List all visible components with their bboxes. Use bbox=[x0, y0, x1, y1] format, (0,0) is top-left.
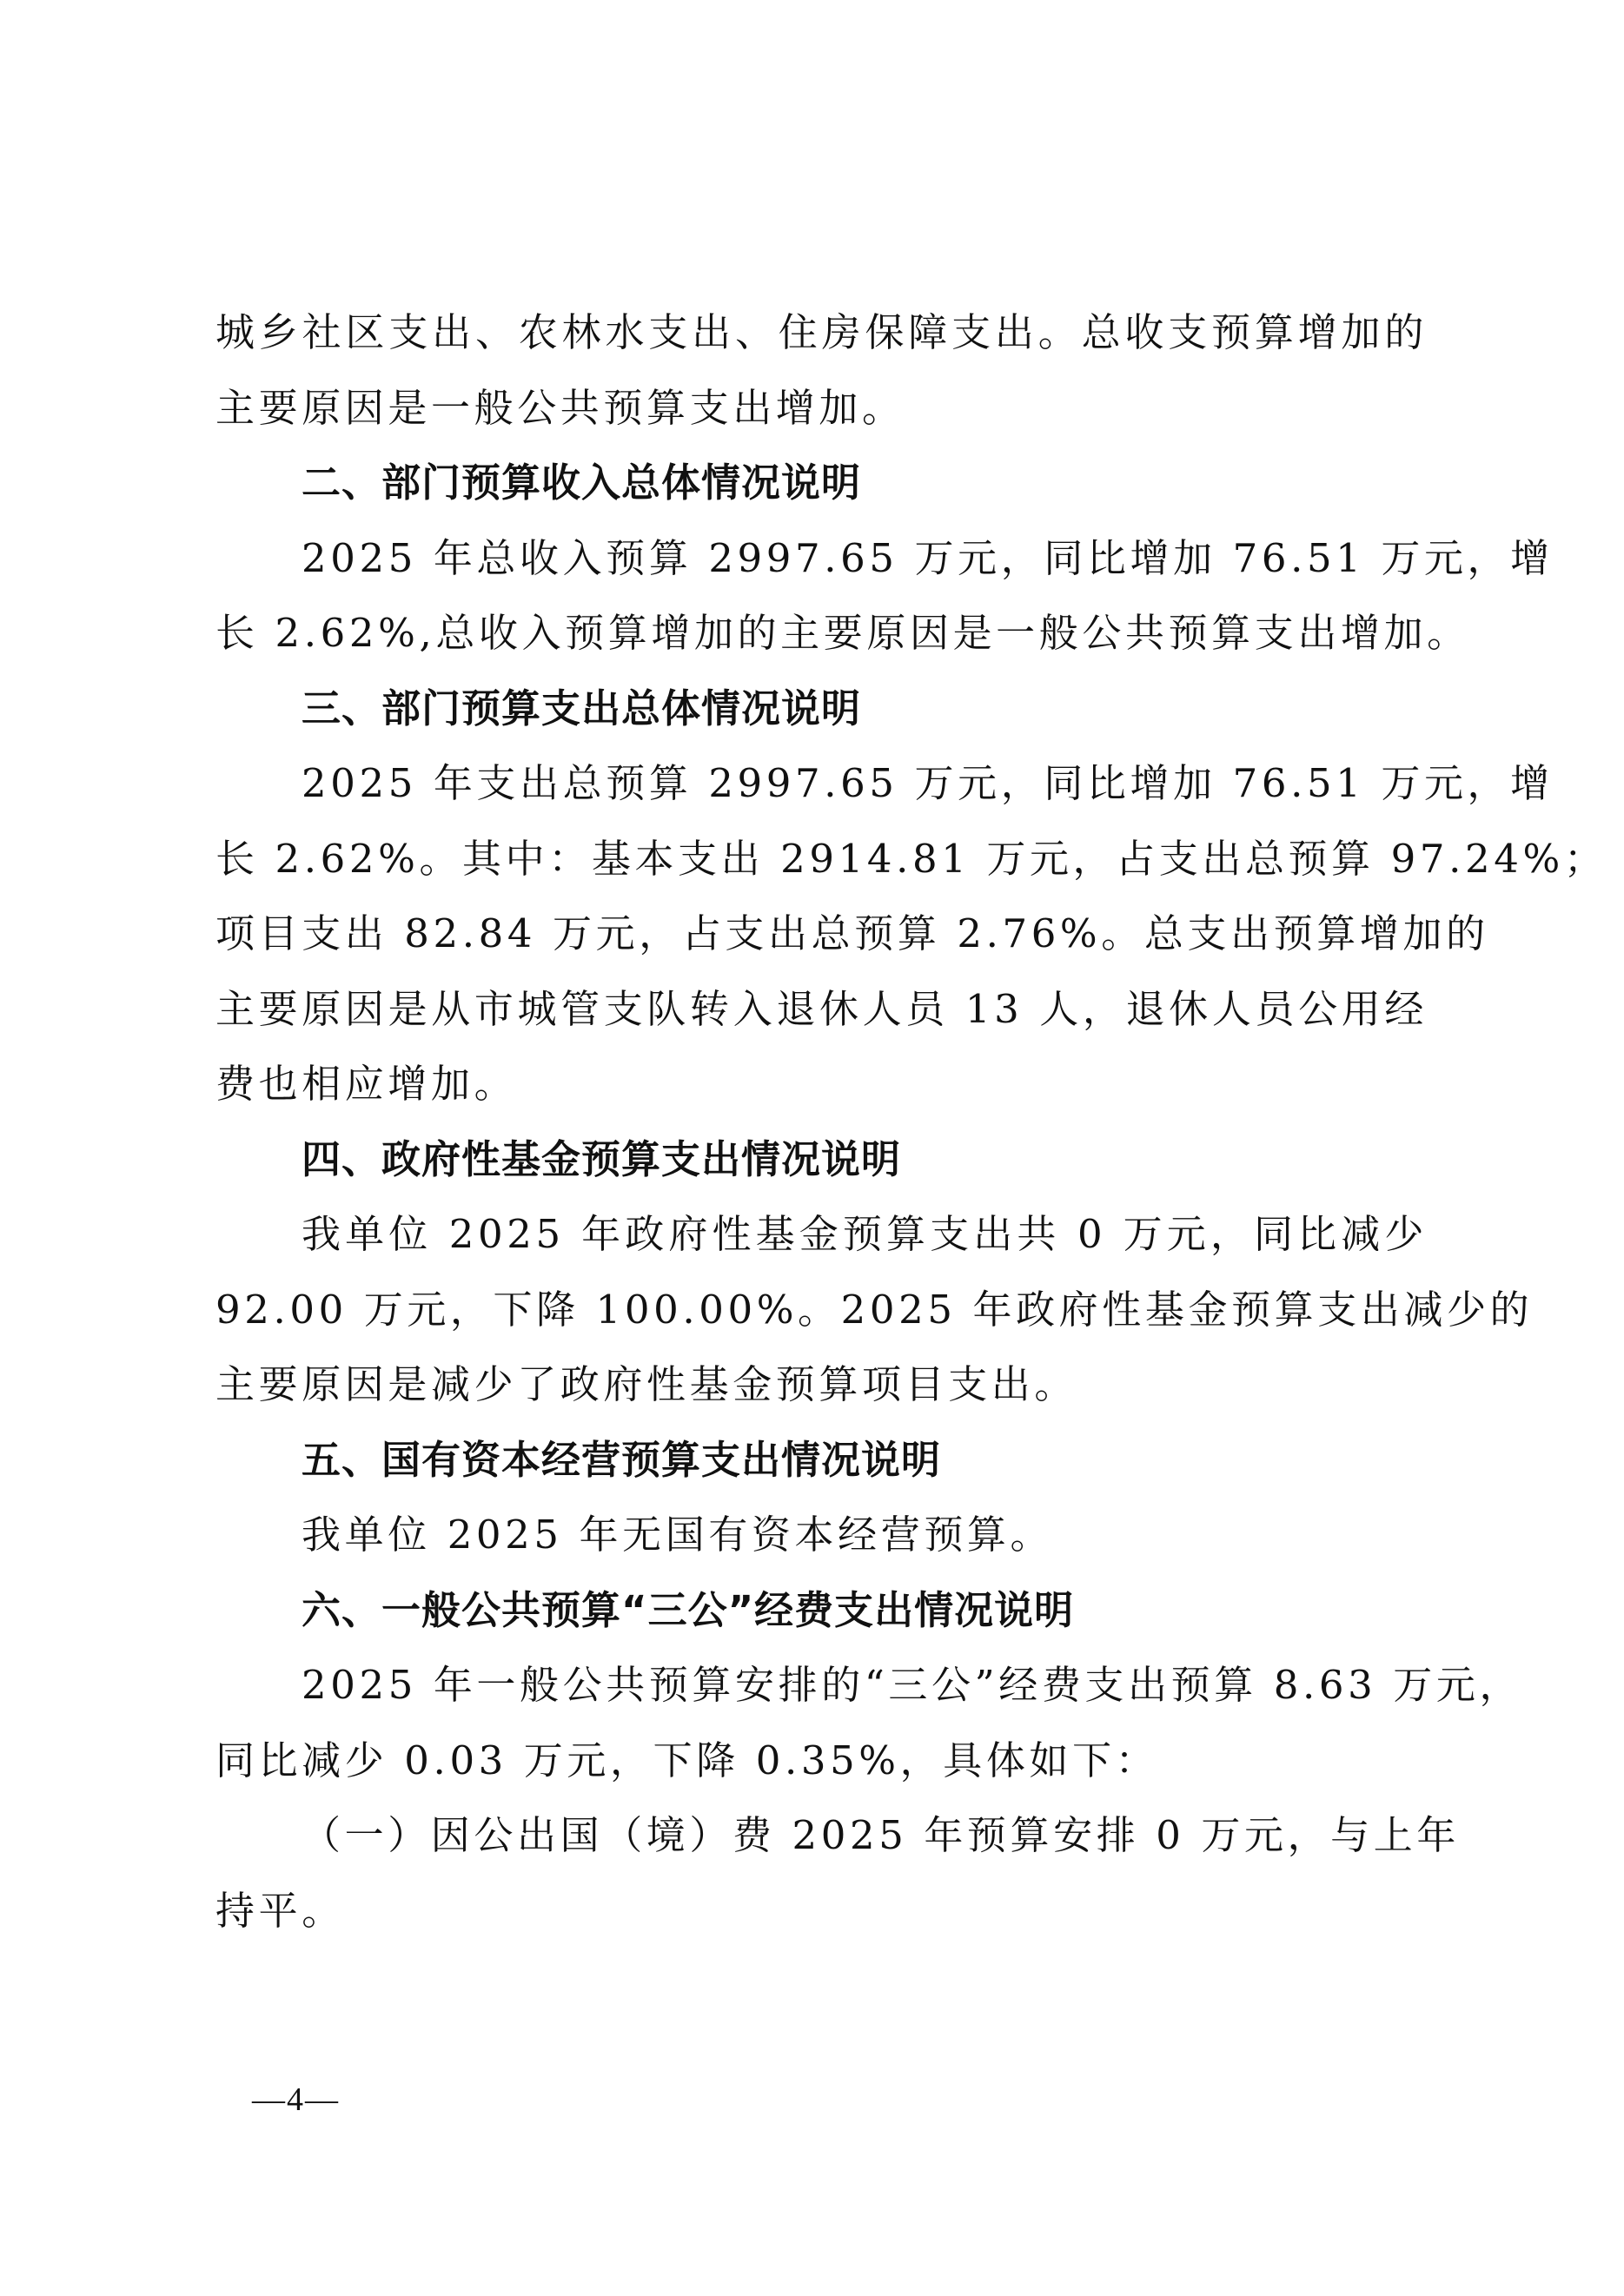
paragraph-line: 长 2.62%,总收入预算增加的主要原因是一般公共预算支出增加。 bbox=[215, 596, 1428, 672]
paragraph-line: 项目支出 82.84 万元，占支出总预算 2.76%。总支出预算增加的 bbox=[215, 897, 1428, 972]
paragraph-line: 费也相应增加。 bbox=[215, 1047, 1428, 1122]
paragraph-line: 持平。 bbox=[215, 1874, 1428, 1949]
section-heading-3: 三、部门预算支出总体情况说明 bbox=[215, 672, 1428, 747]
section-heading-4: 四、政府性基金预算支出情况说明 bbox=[215, 1122, 1428, 1198]
paragraph-line: 2025 年支出总预算 2997.65 万元，同比增加 76.51 万元，增 bbox=[215, 746, 1428, 822]
paragraph-line: 主要原因是从市城管支队转入退休人员 13 人，退休人员公用经 bbox=[215, 972, 1428, 1048]
paragraph-line: （一）因公出国（境）费 2025 年预算安排 0 万元，与上年 bbox=[215, 1798, 1428, 1874]
paragraph-line: 2025 年一般公共预算安排的“三公”经费支出预算 8.63 万元， bbox=[215, 1648, 1428, 1724]
document-page: 城乡社区支出、农林水支出、住房保障支出。总收支预算增加的 主要原因是一般公共预算… bbox=[215, 295, 1428, 1949]
paragraph-line: 92.00 万元，下降 100.00%。2025 年政府性基金预算支出减少的 bbox=[215, 1273, 1428, 1348]
page-number: —4— bbox=[252, 2081, 340, 2119]
paragraph-line: 我单位 2025 年政府性基金预算支出共 0 万元，同比减少 bbox=[215, 1197, 1428, 1273]
section-heading-6: 六、一般公共预算“三公”经费支出情况说明 bbox=[215, 1573, 1428, 1649]
paragraph-line: 2025 年总收入预算 2997.65 万元，同比增加 76.51 万元，增 bbox=[215, 521, 1428, 597]
paragraph-line: 长 2.62%。其中：基本支出 2914.81 万元，占支出总预算 97.24%… bbox=[215, 822, 1428, 897]
paragraph-line: 我单位 2025 年无国有资本经营预算。 bbox=[215, 1498, 1428, 1573]
paragraph-line: 同比减少 0.03 万元，下降 0.35%，具体如下： bbox=[215, 1724, 1428, 1799]
paragraph-line: 主要原因是一般公共预算支出增加。 bbox=[215, 371, 1428, 447]
paragraph-line: 城乡社区支出、农林水支出、住房保障支出。总收支预算增加的 bbox=[215, 295, 1428, 371]
section-heading-2: 二、部门预算收入总体情况说明 bbox=[215, 446, 1428, 521]
section-heading-5: 五、国有资本经营预算支出情况说明 bbox=[215, 1423, 1428, 1499]
paragraph-line: 主要原因是减少了政府性基金预算项目支出。 bbox=[215, 1347, 1428, 1423]
